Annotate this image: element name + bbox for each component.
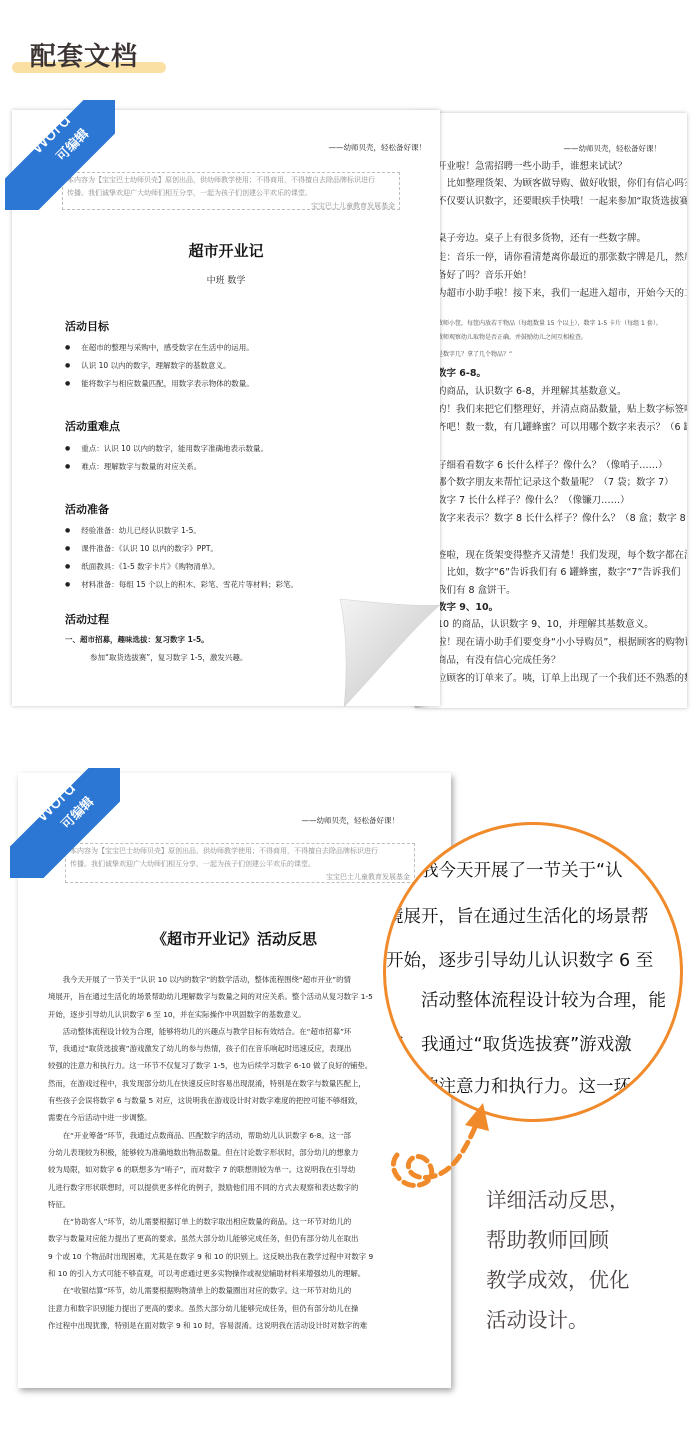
paragraph-line: 较强的注意力和执行力。这一环节不仅复习了数字 1-5，也为后续学习数字 6-10… [48,1057,423,1074]
text-line: 齐吧！数一数，有几罐蜂蜜？可以用哪个数字来表示？（6 罐； [437,419,687,433]
section-heading: 活动重难点 [65,418,120,434]
doc-title: 超市开业记 [12,240,440,261]
bullet-item: 能将数字与相应数量匹配，用数字表示物体的数量。 [65,378,254,389]
text-line: 桌子旁边。桌子上有很多货物，还有一些数字牌。 [437,230,646,244]
magnified-line: 开始，逐步引导幼儿认识数字 6 至 [386,947,653,972]
paragraph-line: 在“协助客人”环节，幼儿需要根据订单上的数字取出相应数量的商品。这一环节对幼儿的 [48,1213,423,1230]
bullet-item: 课件准备：《认识 10 以内的数字》PPT。 [65,543,218,554]
magnified-line: 我今天开展了一节关于“认 [386,857,623,882]
text-line: 10 的商品，认识数字 9、10，并理解其基数意义。 [437,616,654,630]
text-line: 为超市小助手啦！接下来，我们一起进入超市，开始今天的工 [437,285,687,299]
page-curl-icon [330,597,440,707]
text-line: 啦！现在请小助手们要变身“小小导购员”，根据顾客的购物订单， [437,634,687,648]
paragraph-line: 注意力和数字识别能力提出了更高的要求。虽然大部分幼儿能够完成任务，但仍有部分幼儿… [48,1300,423,1317]
text-line: ，比如整理货架、为顾客做导购、做好收银，你们有信心吗？ [437,175,687,189]
page-slogan: ——幼师贝壳，轻松备好课！ [302,815,400,826]
text-line: 数字来表示？数字 8 长什么样子？像什么？（8 盒；数字 8； [437,510,687,524]
paragraph-line: 境展开，旨在通过生活化的场景帮助幼儿理解数字与数量之间的对应关系。整个活动从复习… [48,988,423,1005]
text-line: 我们有 8 盒饼干。 [437,582,516,596]
text-line: 。比如，数字“6”告诉我们有 6 罐蜂蜜，数字“7”告诉我们 [437,564,680,578]
paragraph-line: 活动整体流程设计较为合理，能够将幼儿的兴趣点与教学目标有效结合。在“超市招募”环 [48,1023,423,1040]
page-slogan: ——幼师贝壳，轻松备好课！ [564,143,662,154]
feature-caption: 详细活动反思， 帮助教师回顾 教学成效，优化 活动设计。 [486,1180,630,1340]
text-line: 教师观察幼儿取物是否正确，并鼓励幼儿之间互相检查。 [437,332,587,341]
doc-page-back: ——幼师贝壳，轻松备好课！ 开业啦！急需招聘一些小助手，谁想来试试？，比如整理货… [415,113,687,708]
paragraph-line: 然而，在游戏过程中，我发现部分幼儿在快速反应时容易出现混淆，特别是在数字与数量匹… [48,1075,423,1092]
magnified-line: 活动整体流程设计较为合理，能 [386,987,666,1012]
text-line: 商品，有没有信心完成任务？ [437,652,561,666]
notice-signature: 宝宝巴士儿童教育发展基金 [70,871,410,884]
reflection-body: 我今天开展了一节关于“认识 10 以内的数字”的数学活动，整体流程围绕“超市开业… [48,971,423,1334]
paragraph-line: 较为局限，如对数字 6 的联想多为“哨子”，而对数字 7 的联想则较为单一。这说… [48,1161,423,1178]
word-editable-ribbon: Word 可编辑 [10,768,120,878]
section-header: 配套文档 [12,34,166,74]
bullet-item: 材料准备：每组 15 个以上的积木、彩笔、雪花片等材料；彩笔。 [65,579,298,590]
magnified-line: 境展开，旨在通过生活化的场景帮 [386,903,649,928]
notice-line: 本内容为【宝宝巴士幼师贝壳】原创出品，供幼师教学使用；不得商用，不得擅自去除品牌… [67,174,395,187]
paragraph-line: 开始，逐步引导幼儿认识数字 6 至 10，并在实际操作中巩固数字的基数意义。 [48,1006,423,1023]
text-line: 数字 7 长什么样子？像什么？（像镰刀……） [437,492,630,506]
process-desc: 参加“取货选拔赛”，复习数字 1-5，激发兴趣。 [90,652,247,663]
text-line: 走：音乐一停，请你看清楚离你最近的那张数字牌是几，然后 [437,249,687,263]
text-line: 教师小筐，每筐内放若干物品（每组数量 15 个以上），数字 1-5 卡片（每组 … [437,318,662,327]
text-line: 的！我们来把它们整理好，并清点商品数量，贴上数字标签吧！ [437,401,687,415]
paragraph-line: 9 个或 10 个物品时出现困难，尤其是在数字 9 和 10 的识别上。这反映出… [48,1248,423,1265]
bullet-item: 纸面教具：《1-5 数字卡片》《购物清单》。 [65,561,220,572]
text-line: 哪个数字朋友来帮忙记录这个数量呢？（7 袋；数字 7） [437,474,674,488]
bullet-item: 难点：理解数字与数量的对应关系。 [65,461,201,472]
paragraph-line: 有些孩子会误将数字 6 与数量 5 对应，这说明我在游戏设计时对数字难度的把控可… [48,1092,423,1109]
caption-line: 帮助教师回顾 [486,1220,630,1260]
caption-line: 详细活动反思， [486,1180,630,1220]
text-line: 开业啦！急需招聘一些小助手，谁想来试试？ [437,158,627,172]
bullet-item: 重点：认识 10 以内的数字，能用数字准确地表示数量。 [65,443,268,454]
text-line: 仔细看看数字 6 长什么样子？像什么？（像哨子……） [437,457,668,471]
text-line: 的商品，认识数字 6-8，并理解其基数意义。 [437,383,627,397]
paragraph-line: 和 10 的引入方式可能不够直观，可以考虑通过更多实物操作或视觉辅助材料来增强幼… [48,1265,423,1282]
word-editable-ribbon: Word 可编辑 [5,100,115,210]
paragraph-line: 特征。 [48,1196,423,1213]
section-heading: 活动目标 [65,318,109,334]
notice-line: 传播。我们诚挚欢迎广大幼师们相互分享，一起为孩子们创建公平欢乐的课堂。 [67,187,395,200]
paragraph-line: 我今天开展了一节关于“认识 10 以内的数字”的数学活动，整体流程围绕“超市开业… [48,971,423,988]
bullet-item: 在超市的整理与采购中，感受数字在生活中的运用。 [65,342,254,353]
paragraph-line: 儿进行数字形状联想时，可以提供更多样化的例子，鼓励他们用不同的方式去观察和表达数… [48,1179,423,1196]
bullet-item: 认识 10 以内的数字，理解数字的基数意义。 [65,360,231,371]
magnified-line: 节，我通过“取货选拔赛”游戏激 [386,1031,632,1056]
paragraph-line: 分幼儿表现较为积极，能够较为准确地数出物品数量。但在讨论数字形状时，部分幼儿的想… [48,1144,423,1161]
dashed-arrow-icon [385,1095,495,1195]
text-line: 位顾客的订单来了。咦，订单上出现了一个我们还不熟悉的数字新朋友，大家 [437,670,687,684]
section-heading: 活动准备 [65,501,109,517]
section-title: 配套文档 [30,36,138,73]
notice-signature: 宝宝巴士儿童教育发展基金 [67,200,395,213]
notice-line: 本内容为【宝宝巴士幼师贝壳】原创出品，供幼师教学使用；不得商用，不得擅自去除品牌… [70,845,410,858]
text-line: 不仅要认识数字，还要眼疾手快哦！一起来参加“取货选拔赛” [437,193,687,207]
doc-subtitle: 中班 数学 [12,273,440,286]
paragraph-line: 数字与数量对应能力提出了更高的要求。虽然大部分幼儿能够完成任务，但仍有部分幼儿在… [48,1230,423,1247]
text-line: 是数字几？拿了几个物品？” [437,349,512,358]
text-line: 备好了吗？音乐开始！ [437,267,532,281]
bullet-item: 经验准备：幼儿已经认识数字 1-5。 [65,525,201,536]
section-heading: 活动过程 [65,611,109,627]
paragraph-line: 作过程中出现犹豫，特别是在面对数字 9 和 10 时，容易混淆。这说明我在活动设… [48,1317,423,1334]
paragraph-line: 在“开业筹备”环节，我通过点数商品、匹配数字的活动，帮助幼儿认识数字 6-8。这… [48,1127,423,1144]
caption-line: 教学成效，优化 [486,1260,630,1300]
process-step: 一、超市招募，趣味选拔：复习数字 1-5。 [65,634,209,645]
paragraph-line: 节，我通过“取货选拔赛”游戏激发了幼儿的参与热情，孩子们在音乐响起时迅速反应，表… [48,1040,423,1057]
text-line: 签啦，现在货架变得整齐又清楚！我们发现，每个数字都在清 [437,547,687,561]
text-line: 数字 6-8。 [437,365,486,379]
page-slogan: ——幼师贝壳，轻松备好课！ [329,142,427,153]
magnifier-callout: 我今天开展了一节关于“认境展开，旨在通过生活化的场景帮开始，逐步引导幼儿认识数字… [383,822,683,1122]
paragraph-line: 需要在今后活动中进一步调整。 [48,1109,423,1126]
paragraph-line: 在“收银结算”环节，幼儿需要根据购物清单上的数量圈出对应的数字。这一环节对幼儿的 [48,1282,423,1299]
notice-line: 传播。我们诚挚欢迎广大幼师们相互分享，一起为孩子们创建公平欢乐的课堂。 [70,858,410,871]
caption-line: 活动设计。 [486,1300,630,1340]
text-line: 数字 9、10。 [437,599,498,613]
